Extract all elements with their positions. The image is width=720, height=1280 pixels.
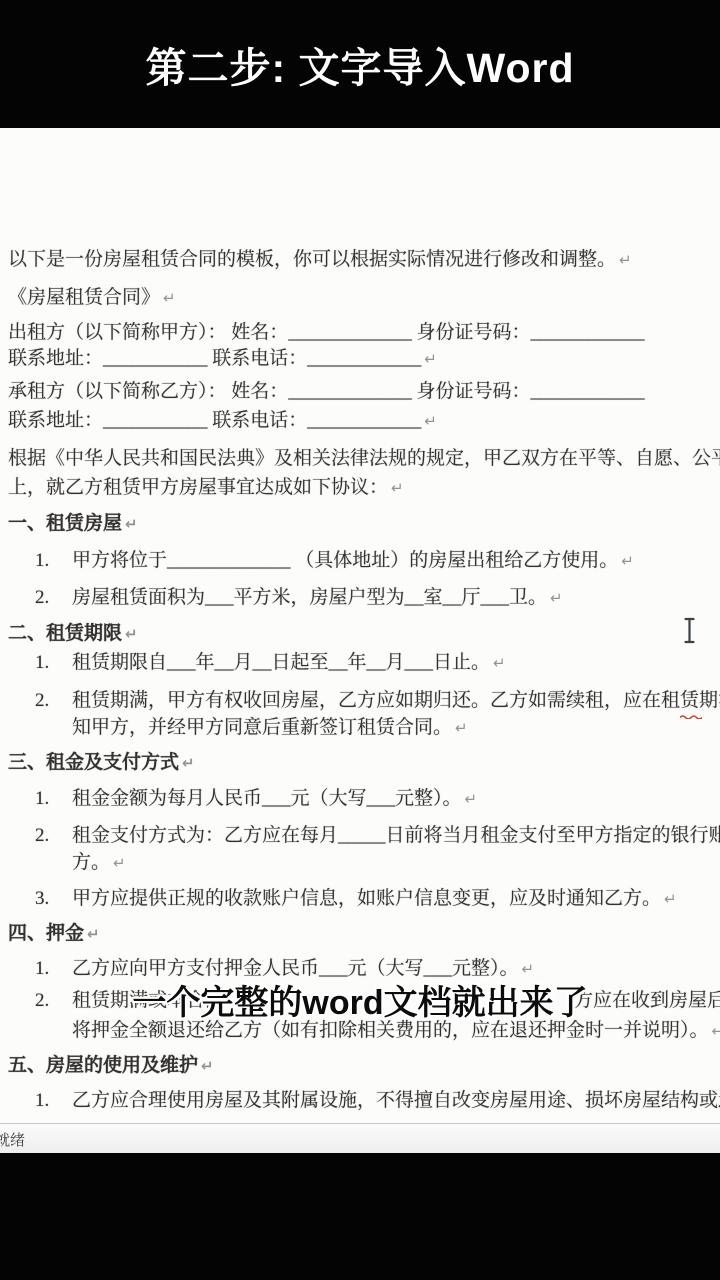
doc-line[interactable]: 2.租赁期满，甲方有权收回房屋，乙方应如期归还。乙方如需续租，应在租赁期满前__… (35, 689, 720, 712)
doc-line[interactable]: 知甲方，并经甲方同意后重新签订租赁合同。↵ (72, 716, 468, 740)
doc-line-text: 租赁期限自___年__月__日起至__年__月___日止。 (72, 652, 490, 673)
list-number: 2. (35, 586, 72, 609)
word-document-page[interactable]: 以下是一份房屋租赁合同的模板，你可以根据实际情况进行修改和调整。↵《房屋租赁合同… (0, 128, 720, 1123)
doc-line-text: 根据《中华人民共和国民法典》及相关法律法规的规定，甲乙双方在平等、自愿、公平、诚… (8, 448, 720, 469)
status-ready-label: 就绪 (0, 1129, 25, 1150)
top-letterbox: 第二步: 文字导入Word (0, 0, 720, 128)
doc-line-text: 知甲方，并经甲方同意后重新签订租赁合同。 (72, 717, 452, 738)
doc-line[interactable]: 联系地址：___________ 联系电话：____________↵ (8, 409, 437, 433)
doc-line-text: 房屋租赁面积为___平方米，房屋户型为__室__厅___卫。 (72, 587, 547, 608)
doc-line-text: 《房屋租赁合同》 (8, 287, 160, 308)
paragraph-mark: ↵ (87, 925, 100, 943)
video-caption: 一个完整的word文档就出来了 (132, 975, 587, 1024)
list-number: 1. (35, 1089, 72, 1112)
doc-line-text: 以下是一份房屋租赁合同的模板，你可以根据实际情况进行修改和调整。 (8, 249, 616, 270)
doc-line-text: 甲方将位于_____________ （具体地址）的房屋出租给乙方使用。 (72, 550, 618, 571)
doc-line[interactable]: 出租方（以下简称甲方）： 姓名：_____________ 身份证号码：____… (8, 321, 645, 344)
doc-line-text: 租赁期满，甲方有权收回房屋，乙方应如期归还。乙方如需续租，应在租赁期满前____… (72, 690, 720, 711)
paragraph-mark: ↵ (201, 1057, 214, 1075)
doc-line[interactable]: 1.租金金额为每月人民币___元（大写___元整）。↵ (35, 787, 477, 811)
doc-line[interactable]: 四、押金↵ (8, 922, 100, 946)
doc-line[interactable]: 三、租金及支付方式↵ (8, 751, 195, 775)
paragraph-mark: ↵ (550, 589, 563, 607)
doc-line[interactable]: 《房屋租赁合同》↵ (8, 286, 176, 310)
doc-line-text: 方。 (72, 852, 110, 873)
paragraph-mark: ↵ (619, 251, 632, 269)
video-frame: 第二步: 文字导入Word 以下是一份房屋租赁合同的模板，你可以根据实际情况进行… (0, 0, 720, 1280)
paragraph-mark: ↵ (664, 890, 677, 908)
doc-line[interactable]: 2.租金支付方式为：乙方应在每月_____日前将当月租金支付至甲方指定的银行账户… (35, 824, 720, 847)
doc-line[interactable]: 五、房屋的使用及维护↵ (8, 1054, 214, 1078)
paragraph-mark: ↵ (391, 479, 404, 497)
doc-line[interactable]: 二、租赁期限↵ (8, 622, 138, 646)
doc-line-text: 二、租赁期限 (8, 623, 122, 644)
doc-line[interactable]: 承租方（以下简称乙方）： 姓名：_____________ 身份证号码：____… (8, 380, 645, 403)
doc-line-text: 上，就乙方租赁甲方房屋事宜达成如下协议： (8, 477, 388, 498)
doc-line-text: 租金支付方式为：乙方应在每月_____日前将当月租金支付至甲方指定的银行账户或现… (72, 825, 720, 846)
doc-line[interactable]: 以下是一份房屋租赁合同的模板，你可以根据实际情况进行修改和调整。↵ (8, 248, 632, 272)
paragraph-mark: ↵ (465, 790, 478, 808)
step-title: 第二步: 文字导入Word (145, 35, 574, 94)
list-number: 1. (35, 787, 72, 810)
doc-line[interactable]: 联系地址：___________ 联系电话：____________↵ (8, 347, 437, 371)
list-number: 2. (35, 689, 72, 712)
paragraph-mark: ↵ (455, 719, 468, 737)
spellcheck-squiggle-icon (680, 706, 702, 724)
doc-line[interactable]: 3.甲方应提供正规的收款账户信息，如账户信息变更，应及时通知乙方。↵ (35, 887, 677, 911)
list-number: 1. (35, 651, 72, 674)
text-cursor-ibeam (683, 617, 696, 649)
paragraph-mark: ↵ (424, 350, 437, 368)
doc-line[interactable]: 2.房屋租赁面积为___平方米，房屋户型为__室__厅___卫。↵ (35, 586, 563, 610)
doc-line-text: 乙方应合理使用房屋及其附属设施，不得擅自改变房屋用途、损坏房屋结构或进行违法活动… (72, 1090, 720, 1111)
list-number: 3. (35, 887, 72, 910)
paragraph-mark: ↵ (424, 412, 437, 430)
doc-line[interactable]: 1.乙方应合理使用房屋及其附属设施，不得擅自改变房屋用途、损坏房屋结构或进行违法… (35, 1089, 720, 1112)
doc-line-text: 一、租赁房屋 (8, 513, 122, 534)
doc-line[interactable]: 根据《中华人民共和国民法典》及相关法律法规的规定，甲乙双方在平等、自愿、公平、诚… (8, 447, 720, 470)
paragraph-mark: ↵ (125, 625, 138, 643)
doc-line-text: 四、押金 (8, 923, 84, 944)
doc-line-text: 联系地址：___________ 联系电话：____________ (8, 410, 421, 431)
doc-line-text: 租金金额为每月人民币___元（大写___元整）。 (72, 788, 462, 809)
paragraph-mark: ↵ (712, 1022, 720, 1040)
doc-line[interactable]: 上，就乙方租赁甲方房屋事宜达成如下协议：↵ (8, 476, 404, 500)
doc-line-text: 五、房屋的使用及维护 (8, 1055, 198, 1076)
doc-line[interactable]: 1.甲方将位于_____________ （具体地址）的房屋出租给乙方使用。↵ (35, 549, 634, 573)
doc-line-text: 承租方（以下简称乙方）： 姓名：_____________ 身份证号码：____… (8, 381, 645, 402)
list-number: 2. (35, 824, 72, 847)
doc-line-text: 甲方应提供正规的收款账户信息，如账户信息变更，应及时通知乙方。 (72, 888, 661, 909)
doc-line[interactable]: 方。↵ (72, 851, 126, 875)
paragraph-mark: ↵ (493, 654, 506, 672)
list-number: 1. (35, 549, 72, 572)
doc-line[interactable]: 1.租赁期限自___年__月__日起至__年__月___日止。↵ (35, 651, 506, 675)
doc-line[interactable]: 一、租赁房屋↵ (8, 512, 138, 536)
word-status-bar: 就绪 (0, 1123, 720, 1153)
paragraph-mark: ↵ (182, 754, 195, 772)
doc-line-text: 联系地址：___________ 联系电话：____________ (8, 348, 421, 369)
paragraph-mark: ↵ (621, 552, 634, 570)
paragraph-mark: ↵ (113, 854, 126, 872)
paragraph-mark: ↵ (125, 515, 138, 533)
list-number: 2. (35, 989, 72, 1012)
doc-line-text: 三、租金及支付方式 (8, 752, 179, 773)
doc-line-text: 方应在收到房屋后________ (574, 990, 720, 1011)
paragraph-mark: ↵ (163, 289, 176, 307)
bottom-letterbox (0, 1153, 720, 1280)
doc-line-text: 出租方（以下简称甲方）： 姓名：_____________ 身份证号码：____… (8, 322, 645, 343)
list-number: 1. (35, 957, 72, 980)
